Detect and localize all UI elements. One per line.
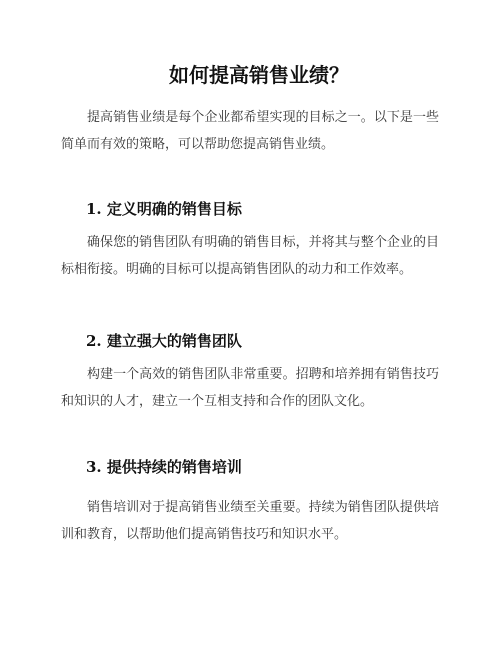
section-number: 1.: [86, 200, 102, 218]
section-heading-3: 3. 提供持续的销售培训: [86, 456, 242, 478]
section-heading-2: 2. 建立强大的销售团队: [86, 330, 242, 352]
section-heading-text: 建立强大的销售团队: [107, 332, 242, 350]
section-body-3: 销售培训对于提高销售业绩至关重要。持续为销售团队提供培训和教育，以帮助他们提高销…: [61, 494, 439, 548]
intro-paragraph: 提高销售业绩是每个企业都希望实现的目标之一。以下是一些简单而有效的策略，可以帮助…: [61, 104, 439, 158]
document-page: 如何提高销售业绩？ 提高销售业绩是每个企业都希望实现的目标之一。以下是一些简单而…: [0, 0, 502, 649]
section-body-1: 确保您的销售团队有明确的销售目标，并将其与整个企业的目标相衔接。明确的目标可以提…: [61, 229, 439, 283]
section-heading-text: 提供持续的销售培训: [107, 458, 242, 476]
section-heading-text: 定义明确的销售目标: [107, 200, 242, 218]
section-number: 3.: [86, 458, 102, 476]
section-heading-1: 1. 定义明确的销售目标: [86, 198, 242, 220]
section-body-2: 构建一个高效的销售团队非常重要。招聘和培养拥有销售技巧和知识的人才，建立一个互相…: [61, 361, 439, 415]
page-title: 如何提高销售业绩？: [0, 61, 502, 89]
section-number: 2.: [86, 332, 102, 350]
